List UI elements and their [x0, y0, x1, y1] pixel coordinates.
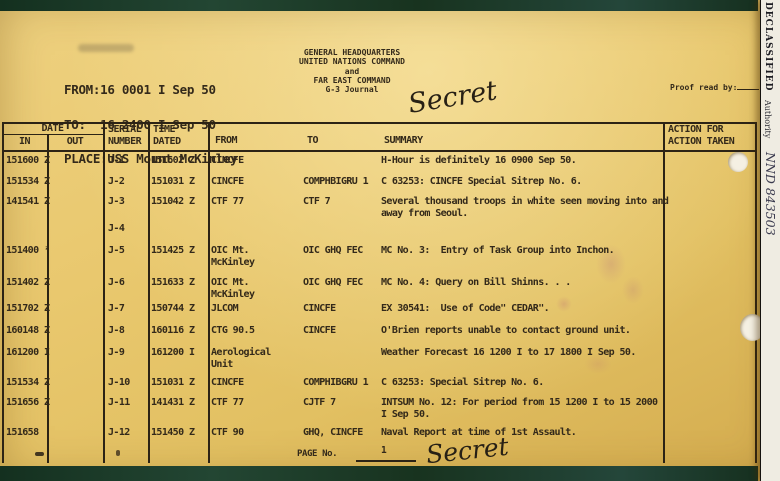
- entry-summary: Naval Report at time of 1st Assault.: [379, 427, 659, 439]
- entry-time-dated: 151633 Z: [144, 277, 204, 289]
- entry-to: CJTF 7: [296, 397, 379, 409]
- entry-to: OIC GHQ FEC: [296, 245, 379, 257]
- entry-serial-number: J-11: [99, 397, 144, 409]
- entry-time-dated: 151425 Z: [144, 245, 204, 257]
- col-header-time: TIME DATED: [153, 124, 181, 147]
- entry-serial-number: J-12: [99, 427, 144, 439]
- page-number-underline: [356, 460, 416, 462]
- entry-time-in: 151534 Z: [2, 176, 43, 188]
- journal-entry-row: 151402 Z J-6 151633 Z OIC Mt. McKinley O…: [2, 277, 755, 301]
- entry-from: CTG 90.5: [204, 325, 296, 337]
- entry-from: CINCFE: [204, 377, 296, 389]
- journal-entry-row: 151702 Z J-7 150744 Z JLCOM CINCFE EX 30…: [2, 303, 755, 315]
- entry-to: CTF 7: [296, 196, 379, 208]
- entry-to: GHQ, CINCFE: [296, 427, 379, 439]
- org-line-and: and: [272, 67, 432, 76]
- org-line-fec: FAR EAST COMMAND: [272, 76, 432, 85]
- entry-serial-number: J-8: [99, 325, 144, 337]
- entry-from: JLCOM: [204, 303, 296, 315]
- entry-from: CINCFE: [204, 176, 296, 188]
- entry-to: CINCFE: [296, 303, 379, 315]
- entry-time-in: 151400 ᶻ: [2, 245, 43, 257]
- col-header-in: IN: [2, 136, 47, 148]
- journal-rows: 151600 Z J-1 151602 Z CINCFE H-Hour is d…: [2, 155, 755, 448]
- entry-time-dated: 150744 Z: [144, 303, 204, 315]
- entry-serial-number: J-10: [99, 377, 144, 389]
- entry-time-dated: 151450 Z: [144, 427, 204, 439]
- journal-entry-row: 151600 Z J-1 151602 Z CINCFE H-Hour is d…: [2, 155, 755, 167]
- to-value: 16 2400 I Sep 50: [86, 117, 216, 132]
- meta-from-line: FROM:16 0001 I Sep 50: [64, 84, 237, 96]
- entry-serial-number: J-5: [99, 245, 144, 257]
- entry-from: CINCFE: [204, 155, 296, 167]
- entry-time-in: 160148 Z: [2, 325, 43, 337]
- command-heading-block: GENERAL HEADQUARTERS UNITED NATIONS COMM…: [272, 48, 432, 94]
- page-number-value: 1: [381, 445, 386, 456]
- header-bottom-rule: [2, 150, 755, 152]
- entry-to: CINCFE: [296, 325, 379, 337]
- entry-time-dated: 160116 Z: [144, 325, 204, 337]
- entry-from: OIC Mt. McKinley: [204, 277, 296, 301]
- entry-time-in: 151656 Z: [2, 397, 43, 409]
- col-header-action: ACTION FOR ACTION TAKEN: [668, 124, 734, 147]
- entry-time-dated: 151031 Z: [144, 377, 204, 389]
- col-header-serial: SERIAL NUMBER: [108, 124, 141, 147]
- entry-serial-number: J-9: [99, 347, 144, 359]
- g3-journal-scanned-page: FROM:16 0001 I Sep 50 TO: 16 2400 I Sep …: [0, 0, 780, 481]
- journal-entry-row: J-4: [2, 223, 755, 235]
- ink-mark: [35, 452, 44, 456]
- table-right-rule: [755, 122, 757, 463]
- entry-from: OIC Mt. McKinley: [204, 245, 296, 269]
- journal-entry-row: 151400 ᶻ J-5 151425 Z OIC Mt. McKinley O…: [2, 245, 755, 269]
- top-border-band: [0, 0, 758, 11]
- faded-ink-smudge: [78, 44, 134, 52]
- entry-time-in: 151534 Z: [2, 377, 43, 389]
- entry-summary: MC No. 3: Entry of Task Group into Incho…: [379, 245, 659, 257]
- entry-summary: Weather Forecast 16 1200 I to 17 1800 I …: [379, 347, 659, 359]
- entry-from: CTF 77: [204, 397, 296, 409]
- entry-time-dated: 151042 Z: [144, 196, 204, 208]
- declassified-authority-number: NND 843503: [763, 152, 778, 236]
- entry-to: COMPHIBGRU 1: [296, 377, 379, 389]
- entry-time-in: 151702 Z: [2, 303, 43, 315]
- page-number-label: PAGE No.: [297, 449, 337, 459]
- entry-serial-number: J-4: [99, 223, 144, 235]
- col-header-summary: SUMMARY: [384, 135, 423, 147]
- org-line-unc: UNITED NATIONS COMMAND: [272, 57, 432, 66]
- proof-read-blank: [737, 89, 759, 90]
- entry-summary: MC No. 4: Query on Bill Shinns. . .: [379, 277, 659, 289]
- punch-hole: [728, 152, 748, 172]
- entry-summary: H-Hour is definitely 16 0900 Sep 50.: [379, 155, 659, 167]
- declassified-strip: DECLASSIFIED Authority NND 843503: [760, 0, 780, 481]
- entry-to: OIC GHQ FEC: [296, 277, 379, 289]
- entry-time-in: 151658: [2, 427, 43, 439]
- org-line-ghq: GENERAL HEADQUARTERS: [272, 48, 432, 57]
- entry-serial-number: J-2: [99, 176, 144, 188]
- entry-from: CTF 77: [204, 196, 296, 208]
- entry-from: CTF 90: [204, 427, 296, 439]
- entry-time-in: 151402 Z: [2, 277, 43, 289]
- from-value: 16 0001 I Sep 50: [100, 82, 216, 97]
- journal-entry-row: 160148 Z J-8 160116 Z CTG 90.5 CINCFE O'…: [2, 325, 755, 337]
- journal-entry-row: 151534 Z J-10 151031 Z CINCFE COMPHIBGRU…: [2, 377, 755, 389]
- entry-serial-number: J-1: [99, 155, 144, 167]
- entry-time-in: 151600 Z: [2, 155, 43, 167]
- col-header-from: FROM: [215, 135, 237, 147]
- entry-summary: C 63253: Special Sitrep No. 6.: [379, 377, 659, 389]
- entry-time-dated: 151031 Z: [144, 176, 204, 188]
- entry-summary: INTSUM No. 12: For period from 15 1200 I…: [379, 397, 659, 421]
- bottom-border-band: [0, 466, 758, 481]
- entry-time-dated: 141431 Z: [144, 397, 204, 409]
- col-header-date: DATE: [2, 123, 103, 135]
- entry-serial-number: J-3: [99, 196, 144, 208]
- entry-to: COMPHBIGRU 1: [296, 176, 379, 188]
- col-header-out: OUT: [47, 136, 103, 148]
- entry-time-dated: 161200 I: [144, 347, 204, 359]
- declassified-stamp-text: DECLASSIFIED: [763, 2, 773, 91]
- entry-time-in: 161200 I: [2, 347, 43, 359]
- entry-summary: Several thousand troops in white seen mo…: [379, 196, 659, 220]
- ink-mark: [116, 450, 120, 456]
- entry-summary: C 63253: CINCFE Special Sitrep No. 6.: [379, 176, 659, 188]
- entry-serial-number: J-7: [99, 303, 144, 315]
- journal-entry-row: 141541 Z J-3 151042 Z CTF 77 CTF 7 Sever…: [2, 196, 755, 220]
- from-label: FROM:: [64, 82, 100, 97]
- col-header-to: TO: [307, 135, 318, 147]
- journal-entry-row: 151534 Z J-2 151031 Z CINCFE COMPHBIGRU …: [2, 176, 755, 188]
- journal-entry-row: 151658 J-12 151450 Z CTF 90 GHQ, CINCFE …: [2, 427, 755, 439]
- entry-summary: EX 30541: Use of Code" CEDAR".: [379, 303, 659, 315]
- entry-time-in: 141541 Z: [2, 196, 43, 208]
- journal-entry-row: 151656 Z J-11 141431 Z CTF 77 CJTF 7 INT…: [2, 397, 755, 421]
- proof-read-line: Proof read by:: [670, 83, 759, 92]
- declassified-authority-label: Authority: [763, 100, 772, 138]
- proof-read-label: Proof read by:: [670, 83, 737, 92]
- journal-entry-row: 161200 I J-9 161200 I Aerological Unit W…: [2, 347, 755, 371]
- entry-serial-number: J-6: [99, 277, 144, 289]
- entry-time-dated: 151602 Z: [144, 155, 204, 167]
- entry-summary: O'Brien reports unable to contact ground…: [379, 325, 659, 337]
- entry-from: Aerological Unit: [204, 347, 296, 371]
